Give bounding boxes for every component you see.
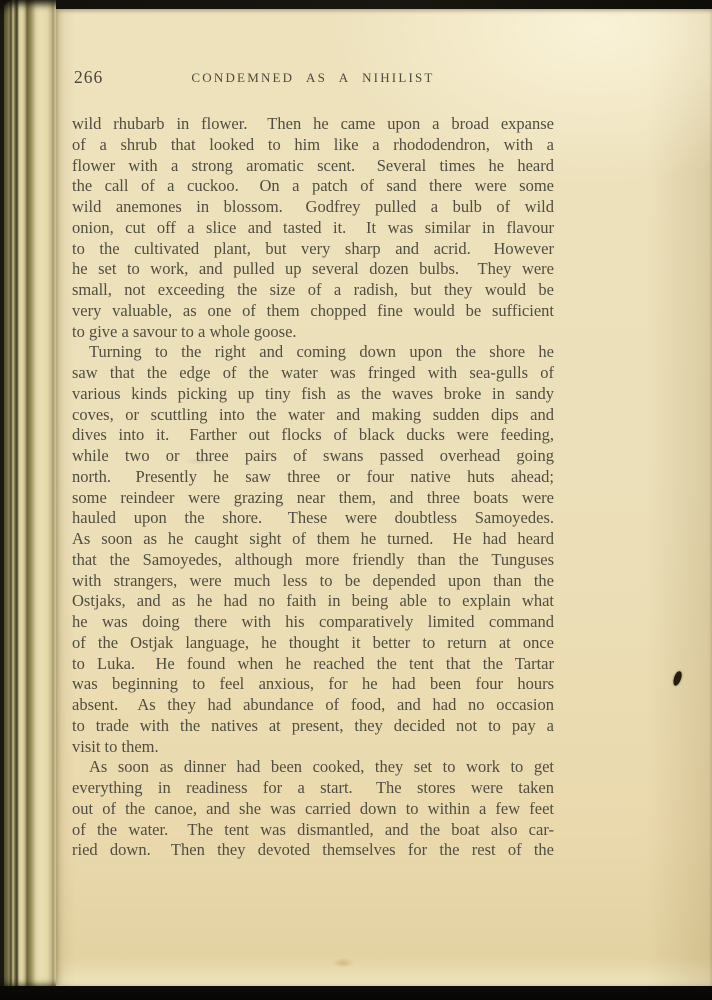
text-line: absent. As they had abundance of food, a… <box>72 695 554 716</box>
text-line: coves, or scuttling into the water and m… <box>72 405 554 426</box>
text-line: he set to work, and pulled up several do… <box>72 259 554 280</box>
text-line: As soon as he caught sight of them he tu… <box>72 529 554 550</box>
text-line: hauled upon the shore. These were doubtl… <box>72 508 554 529</box>
text-line: of the water. The tent was dismantled, a… <box>72 820 554 841</box>
text-line: to give a savour to a whole goose. <box>72 322 554 343</box>
text-line: visit to them. <box>72 737 554 758</box>
text-line: of the Ostjak language, he thought it be… <box>72 633 554 654</box>
page-fore-edges <box>0 0 56 990</box>
text-line: was beginning to feel anxious, for he ha… <box>72 674 554 695</box>
text-line: saw that the edge of the water was fring… <box>72 363 554 384</box>
text-line: some reindeer were grazing near them, an… <box>72 488 554 509</box>
text-line: out of the canoe, and she was carried do… <box>72 799 554 820</box>
body-text: wild rhubarb in flower. Then he came upo… <box>72 114 554 861</box>
bottom-shadow-band <box>0 986 712 1000</box>
scanned-book-photo: 266 CONDEMNED AS A NIHILIST wild rhubarb… <box>0 0 712 1000</box>
text-line: onion, cut off a slice and tasted it. It… <box>72 218 554 239</box>
text-line: to Luka. He found when he reached the te… <box>72 654 554 675</box>
text-line: Turning to the right and coming down upo… <box>72 342 554 363</box>
text-line: dives into it. Farther out flocks of bla… <box>72 425 554 446</box>
running-header: 266 CONDEMNED AS A NIHILIST <box>72 67 554 89</box>
text-line: north. Presently he saw three or four na… <box>72 467 554 488</box>
text-line: to the cultivated plant, but very sharp … <box>72 239 554 260</box>
text-line: while two or three pairs of swans passed… <box>72 446 554 467</box>
text-line: wild rhubarb in flower. Then he came upo… <box>72 114 554 135</box>
text-line: very valuable, as one of them chopped fi… <box>72 301 554 322</box>
text-line: that the Samoyedes, although more friend… <box>72 550 554 571</box>
paper-stain <box>332 958 354 968</box>
text-line: the call of a cuckoo. On a patch of sand… <box>72 176 554 197</box>
top-shadow-band <box>0 0 712 9</box>
text-line: various kinds picking up tiny fish as th… <box>72 384 554 405</box>
text-line: flower with a strong aromatic scent. Sev… <box>72 156 554 177</box>
text-line: small, not exceeding the size of a radis… <box>72 280 554 301</box>
text-line: of a shrub that looked to him like a rho… <box>72 135 554 156</box>
text-line: Ostjaks, and as he had no faith in being… <box>72 591 554 612</box>
running-head-title: CONDEMNED AS A NIHILIST <box>72 70 554 86</box>
text-line: with strangers, were much less to be dep… <box>72 571 554 592</box>
text-line: he was doing there with his comparativel… <box>72 612 554 633</box>
text-line: everything in readiness for a start. The… <box>72 778 554 799</box>
text-line: ried down. Then they devoted themselves … <box>72 840 554 861</box>
text-line: As soon as dinner had been cooked, they … <box>72 757 554 778</box>
text-line: to trade with the natives at present, th… <box>72 716 554 737</box>
text-line: wild anemones in blossom. Godfrey pulled… <box>72 197 554 218</box>
